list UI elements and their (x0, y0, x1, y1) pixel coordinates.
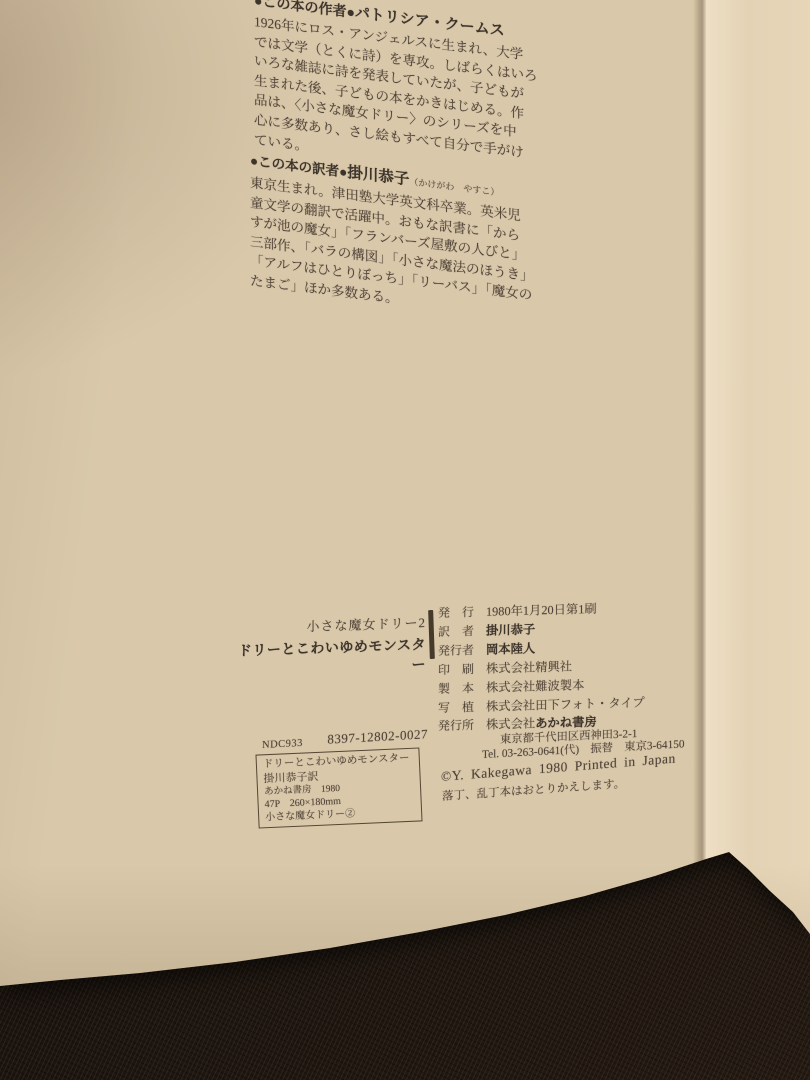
translator-name: 掛川恭子 (347, 164, 409, 189)
colophon-value: 岡本陸人 (486, 639, 535, 659)
facing-page-edge (706, 0, 810, 950)
colophon-value: 1980年1月20日第1刷 (486, 600, 597, 622)
colophon-label: 写 植 (438, 697, 478, 717)
colophon-table: 発 行1980年1月20日第1刷 訳 者掛川恭子 発行者岡本陸人 印 刷株式会社… (438, 599, 645, 737)
colophon-value: 掛川恭子 (486, 620, 535, 640)
page-gutter (693, 0, 706, 946)
colophon-label: 発行者 (438, 641, 478, 661)
colophon-label: 印 刷 (438, 660, 478, 680)
colophon-label: 訳 者 (438, 622, 478, 642)
colophon-value: 株式会社難波製本 (486, 676, 584, 697)
colophon-label: 発 行 (438, 603, 478, 623)
book-title: ドリーとこわいゆめモンスター (228, 634, 426, 681)
ndc-code: NDC933 (262, 738, 303, 751)
book-colophon-photo: ●この本の作者●パトリシア・クームス 1926年にロス・アンジェルスに生まれ、大… (0, 0, 810, 1080)
cip-card-box: ドリーとこわいゆめモンスター 掛川恭子訳 あかね書房 1980 47P 260×… (255, 747, 422, 828)
colophon-value: 株式会社精興社 (486, 657, 572, 678)
catalog-code: 8397-12802-0027 (327, 726, 428, 747)
page-wrap: ●この本の作者●パトリシア・クームス 1926年にロス・アンジェルスに生まれ、大… (0, 0, 810, 1080)
colophon-label: 製 本 (438, 679, 478, 699)
colophon-label: 発行所 (438, 716, 478, 736)
title-divider-rule (428, 610, 435, 659)
series-title-block: 小さな魔女ドリー2 ドリーとこわいゆめモンスター (228, 612, 426, 681)
book-page: ●この本の作者●パトリシア・クームス 1926年にロス・アンジェルスに生まれ、大… (0, 0, 810, 1080)
